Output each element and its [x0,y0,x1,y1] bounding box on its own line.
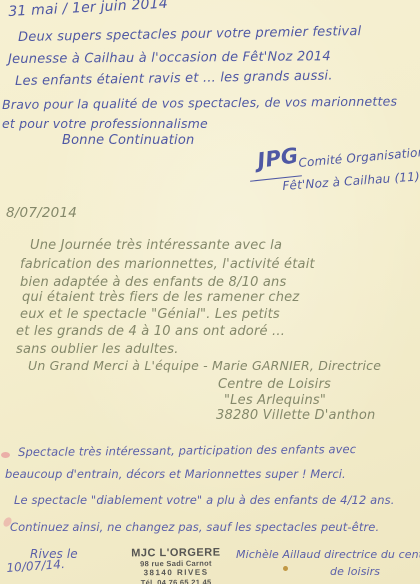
amber-dot [283,566,288,571]
entry3-signer-line: de loisirs [330,566,380,578]
entry2-line: qui étaient très fiers de les ramener ch… [22,291,299,305]
signature-event-line: Fêt'Noz à Cailhau (11) [282,170,420,193]
entry2-line: sans oublier les adultes. [16,343,179,357]
mjc-stamp: MJC L'ORGERE 98 rue Sadi Carnot 38140 RI… [120,548,232,584]
entry3-date-line: 10/07/14. [6,558,65,575]
entry3-line: Le spectacle "diablement votre" a plu à … [14,494,395,507]
entry2-line: eux et le spectacle "Génial". Les petits [20,308,280,322]
entry3-line: beaucoup d'entrain, décors et Marionnett… [5,468,346,481]
entry1-line: Deux supers spectacles pour votre premie… [18,25,361,45]
entry2-line: fabrication des marionnettes, l'activité… [20,258,315,272]
entry2-line: et les grands de 4 à 10 ans ont adoré ..… [16,325,285,339]
guestbook-page: 31 mai / 1er juin 2014 Deux supers spect… [0,0,420,584]
entry1-date-line: 31 mai / 1er juin 2014 [8,0,168,20]
entry1-line: Bravo pour la qualité de vos spectacles,… [2,95,397,112]
signature-initials: JPG [256,144,300,173]
entry1-line: Jeunesse à Cailhau à l'occasion de Fêt'N… [8,50,331,67]
entry3-signer-line: Michèle Aillaud directrice du centre [236,549,420,561]
stamp-name: MJC L'ORGERE [120,548,232,560]
entry2-line: Une Journée très intéressante avec la [30,239,282,253]
entry2-line: Un Grand Merci à L'équipe - Marie GARNIE… [28,359,381,373]
entry2-date-line: 8/07/2014 [6,206,77,221]
entry2-signoff-line: Centre de Loisirs [218,378,331,392]
entry3-line: Spectacle très intéressant, participatio… [18,443,356,459]
entry3-line: Continuez ainsi, ne changez pas, sauf le… [10,521,379,534]
entry2-line: bien adaptée à des enfants de 8/10 ans [20,276,286,290]
entry2-signoff-line: "Les Arlequins" [224,394,326,408]
entry1-line: Bonne Continuation [62,134,194,148]
entry1-line: Les enfants étaient ravis et ... les gra… [15,69,333,89]
signature-org-line: Comité Organisation [298,146,420,170]
pink-mark [1,452,10,458]
stamp-phone: Tél. 04 76 65 21 45 [120,578,232,584]
entry1-line: et pour votre professionnalisme [2,117,208,131]
entry2-signoff-line: 38280 Villette D'anthon [216,409,375,423]
